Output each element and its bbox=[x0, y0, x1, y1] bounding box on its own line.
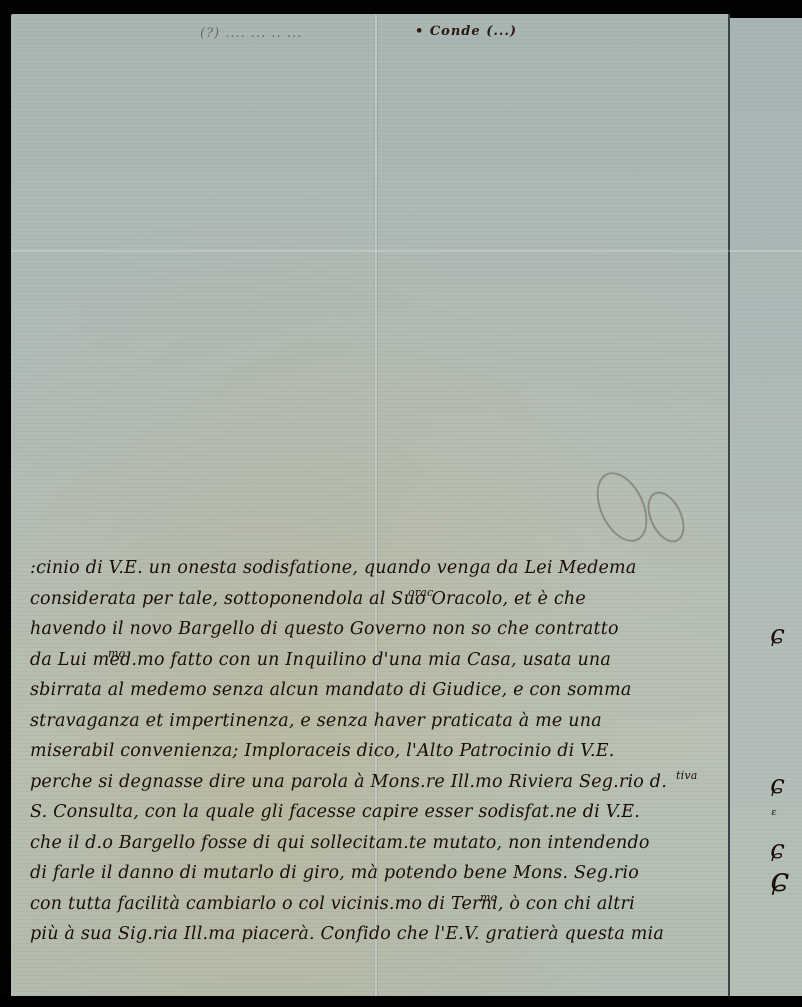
text-line: che il d.o Bargello fosse di qui solleci… bbox=[30, 828, 730, 859]
text-line: stravaganza et impertinenza, e senza hav… bbox=[30, 706, 730, 737]
line-text: più à sua Sig.ria Ill.ma piacerà. Confid… bbox=[30, 924, 664, 944]
right-page-margin-flourishes: ɕ ɕ ᵋ ɕ ɕ bbox=[770, 620, 802, 900]
superscript-abbrev: mo bbox=[480, 883, 497, 913]
flourish-glyph: ɕ bbox=[770, 860, 789, 900]
line-text: sbirrata al medemo senza alcun mandato d… bbox=[30, 680, 632, 700]
text-line: considerata per tale, sottoponendola al … bbox=[30, 584, 730, 615]
text-line: con tutta facilità cambiarlo o col vicin… bbox=[30, 889, 730, 920]
text-line: più à sua Sig.ria Ill.ma piacerà. Confid… bbox=[30, 919, 730, 950]
line-text: con tutta facilità cambiarlo o col vicin… bbox=[30, 894, 635, 914]
superscript-abbrev: mo bbox=[108, 639, 125, 669]
line-text: che il d.o Bargello fosse di qui solleci… bbox=[30, 833, 650, 853]
line-text: considerata per tale, sottoponendola al … bbox=[30, 589, 586, 609]
line-text: di farle il danno di mutarlo di giro, mà… bbox=[30, 863, 639, 883]
manuscript-scan: (?) .... ... .. ... • Conde (...) :cinio… bbox=[0, 0, 802, 1007]
text-line: miserabil convenienza; Imploraceis dico,… bbox=[30, 736, 730, 767]
text-line: da Lui med.mo fatto con un Inquilino d'u… bbox=[30, 645, 730, 676]
line-text: S. Consulta, con la quale gli facesse ca… bbox=[30, 802, 640, 822]
line-text: perche si degnasse dire una parola à Mon… bbox=[30, 772, 667, 792]
text-line: perche si degnasse dire una parola à Mon… bbox=[30, 767, 730, 798]
text-line: sbirrata al medemo senza alcun mandato d… bbox=[30, 675, 730, 706]
text-line: S. Consulta, con la quale gli facesse ca… bbox=[30, 797, 730, 828]
flourish-glyph: ɕ bbox=[770, 620, 785, 650]
line-text: stravaganza et impertinenza, e senza hav… bbox=[30, 711, 602, 731]
line-text: :cinio di V.E. un onesta sodisfatione, q… bbox=[30, 558, 636, 578]
horizontal-fold-crease bbox=[11, 250, 802, 252]
line-text: havendo il novo Bargello di questo Gover… bbox=[30, 619, 619, 639]
line-text: miserabil convenienza; Imploraceis dico,… bbox=[30, 741, 614, 761]
letter-body: :cinio di V.E. un onesta sodisfatione, q… bbox=[30, 553, 730, 950]
header-bleedthrough-marks: (?) .... ... .. ... • Conde (...) bbox=[200, 18, 580, 58]
superscript-abbrev: tiva bbox=[676, 761, 698, 791]
flourish-glyph: ɕ bbox=[770, 770, 785, 800]
superscript-abbrev: orac bbox=[408, 578, 433, 608]
scan-bottom-border bbox=[0, 996, 802, 1007]
text-line: :cinio di V.E. un onesta sodisfatione, q… bbox=[30, 553, 730, 584]
flourish-glyph: ᵋ bbox=[770, 805, 777, 824]
text-line: havendo il novo Bargello di questo Gover… bbox=[30, 614, 730, 645]
dark-header-text: • Conde (...) bbox=[415, 24, 517, 39]
text-line: di farle il danno di mutarlo di giro, mà… bbox=[30, 858, 730, 889]
faint-header-text: (?) .... ... .. ... bbox=[200, 26, 302, 41]
